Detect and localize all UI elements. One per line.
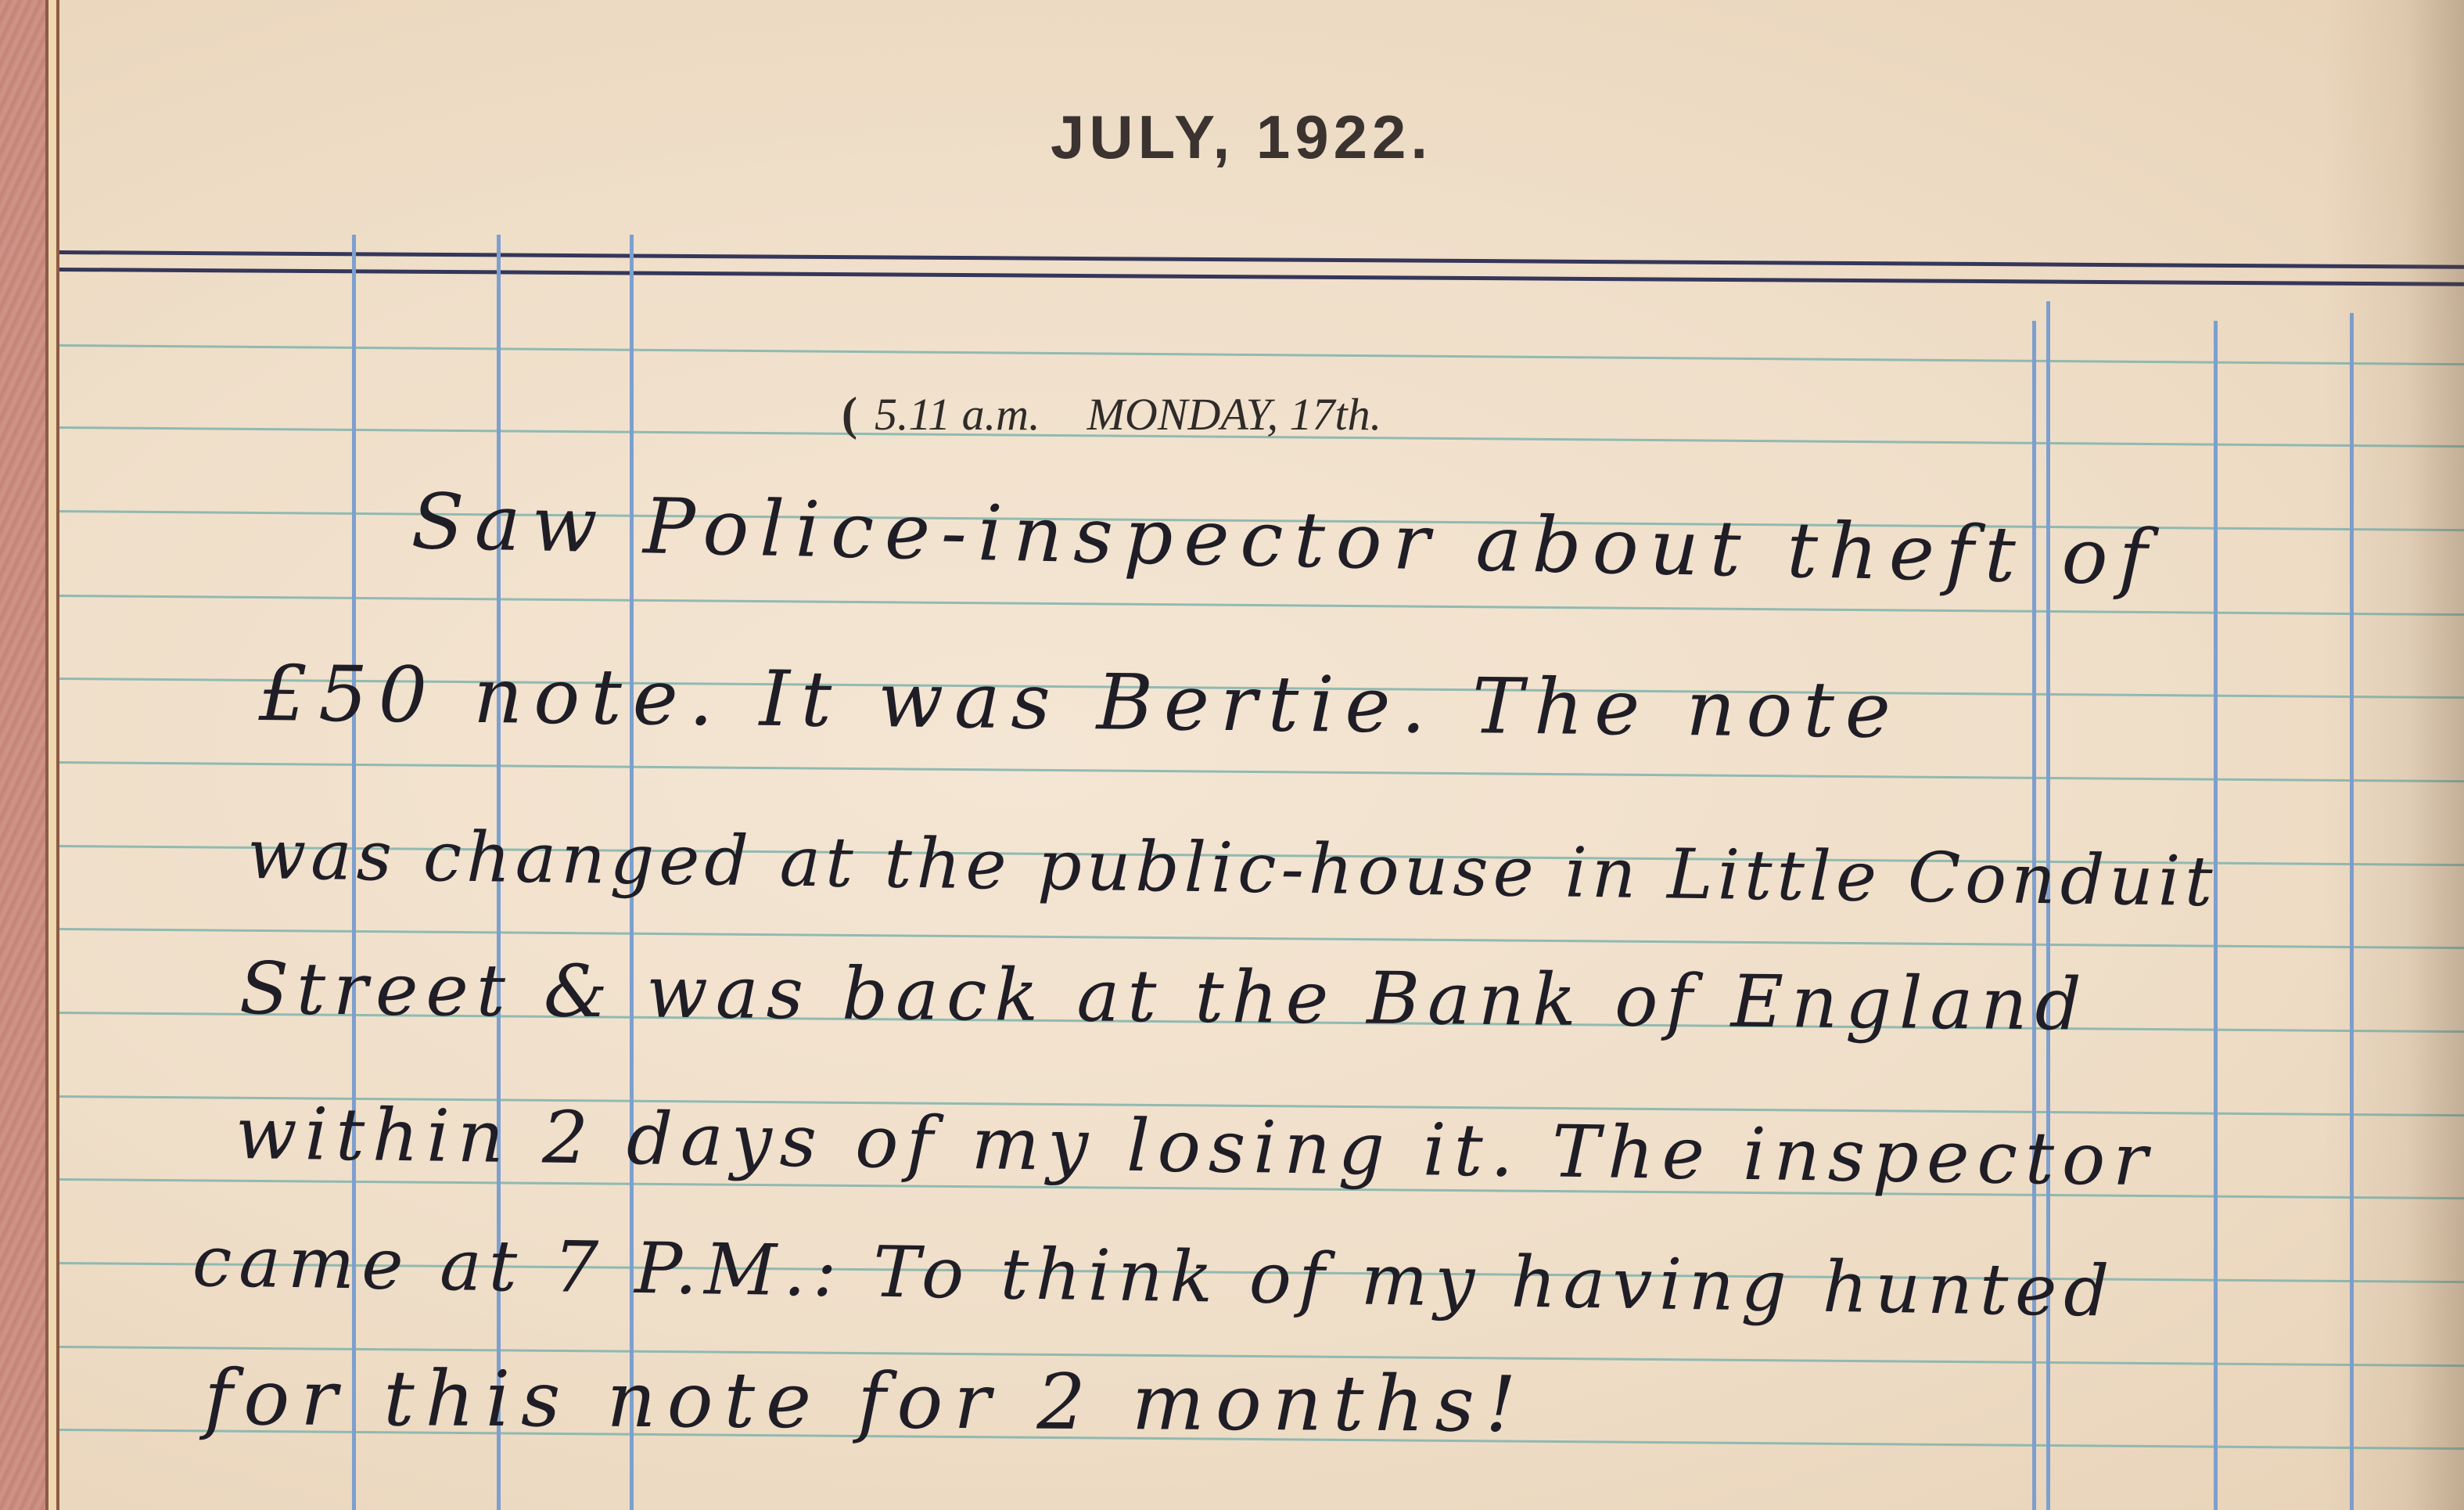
entry-line-7: for this note for 2 months!	[204, 1354, 1528, 1450]
month-heading-text: JULY, 1922.	[1051, 102, 1432, 171]
page-curl-shadow	[2323, 0, 2464, 1510]
ruled-line	[59, 761, 2464, 782]
entry-line-5: within 2 days of my losing it. The inspe…	[235, 1091, 2156, 1202]
page-edge-strip	[48, 0, 56, 1510]
entry-line-3: was changed at the public-house in Littl…	[246, 814, 2218, 922]
ruled-line	[59, 928, 2464, 949]
entry-line-1: Saw Police-inspector about theft of	[411, 477, 2159, 603]
moon-phase-time: 5.11 a.m.	[875, 389, 1040, 440]
header-double-rule-top	[59, 250, 2464, 269]
day-header: (5.11 a.m.MONDAY, 17th.	[842, 387, 1381, 441]
ruled-line	[59, 344, 2464, 365]
diary-page: JULY, 1922. (5.11 a.m.MONDAY, 17th. Saw …	[59, 0, 2464, 1510]
day-label: MONDAY, 17th.	[1087, 389, 1382, 440]
entry-line-2: £50 note. It was Bertie. The note	[258, 649, 1902, 756]
diary-cover-edge	[0, 0, 45, 1510]
entry-line-6: came at 7 P.M.: To think of my having hu…	[192, 1221, 2117, 1333]
month-heading: JULY, 1922.	[59, 102, 2464, 173]
header-double-rule-bottom	[59, 268, 2464, 286]
entry-line-4: Street & was back at the Bank of England	[239, 947, 2089, 1047]
last-quarter-moon-icon: (	[842, 388, 857, 440]
